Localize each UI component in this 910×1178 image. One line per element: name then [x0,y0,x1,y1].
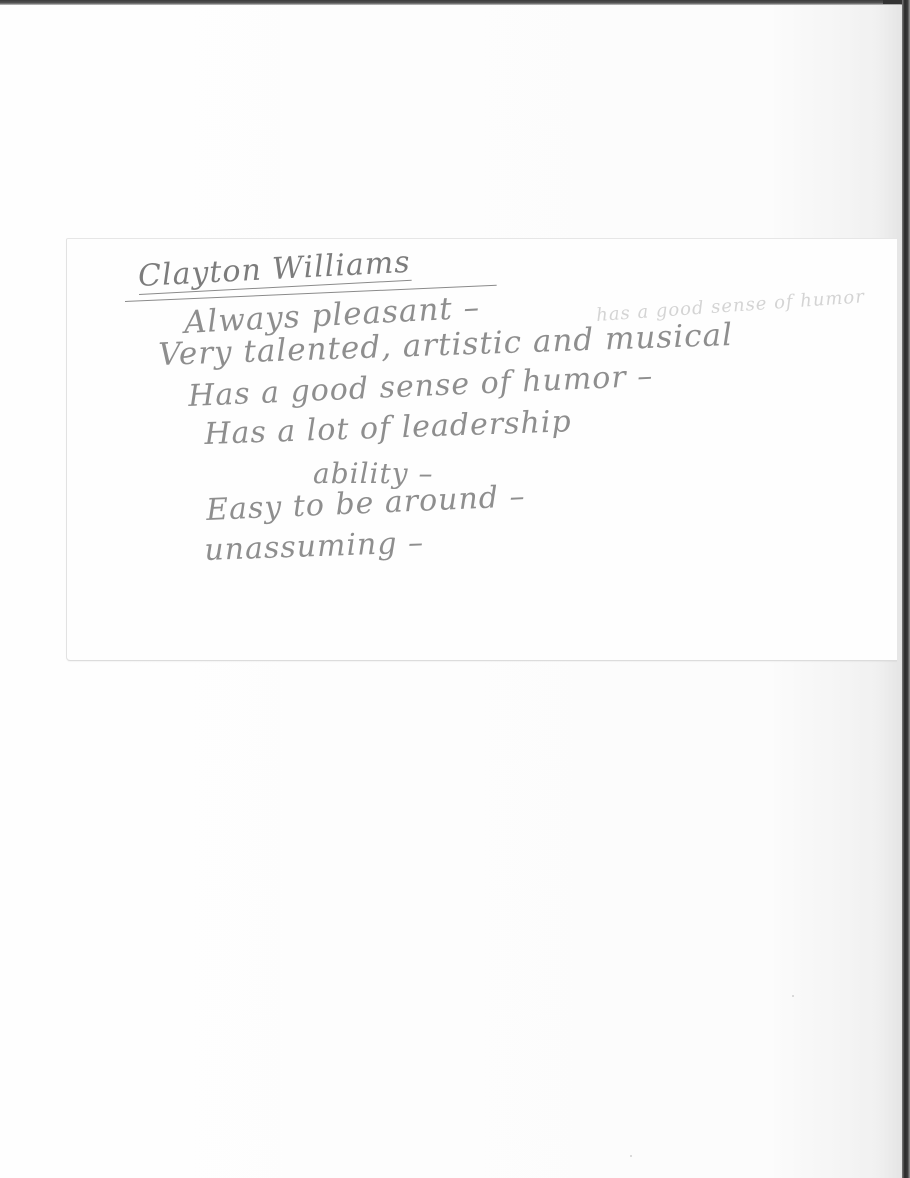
card-line-easy-to-be-around: Easy to be around – [205,479,526,528]
scanned-page: Clayton Williams Always pleasant – has a… [0,5,903,1178]
card-line-unassuming: unassuming – [204,525,425,568]
index-card: Clayton Williams Always pleasant – has a… [66,238,897,661]
binding-edge [902,0,910,1178]
paper-speck [792,995,794,997]
paper-speck [630,1155,632,1157]
card-title: Clayton Williams [137,245,411,294]
card-title-text: Clayton Williams [137,245,411,295]
card-line-leadership: Has a lot of leadership [204,404,572,452]
